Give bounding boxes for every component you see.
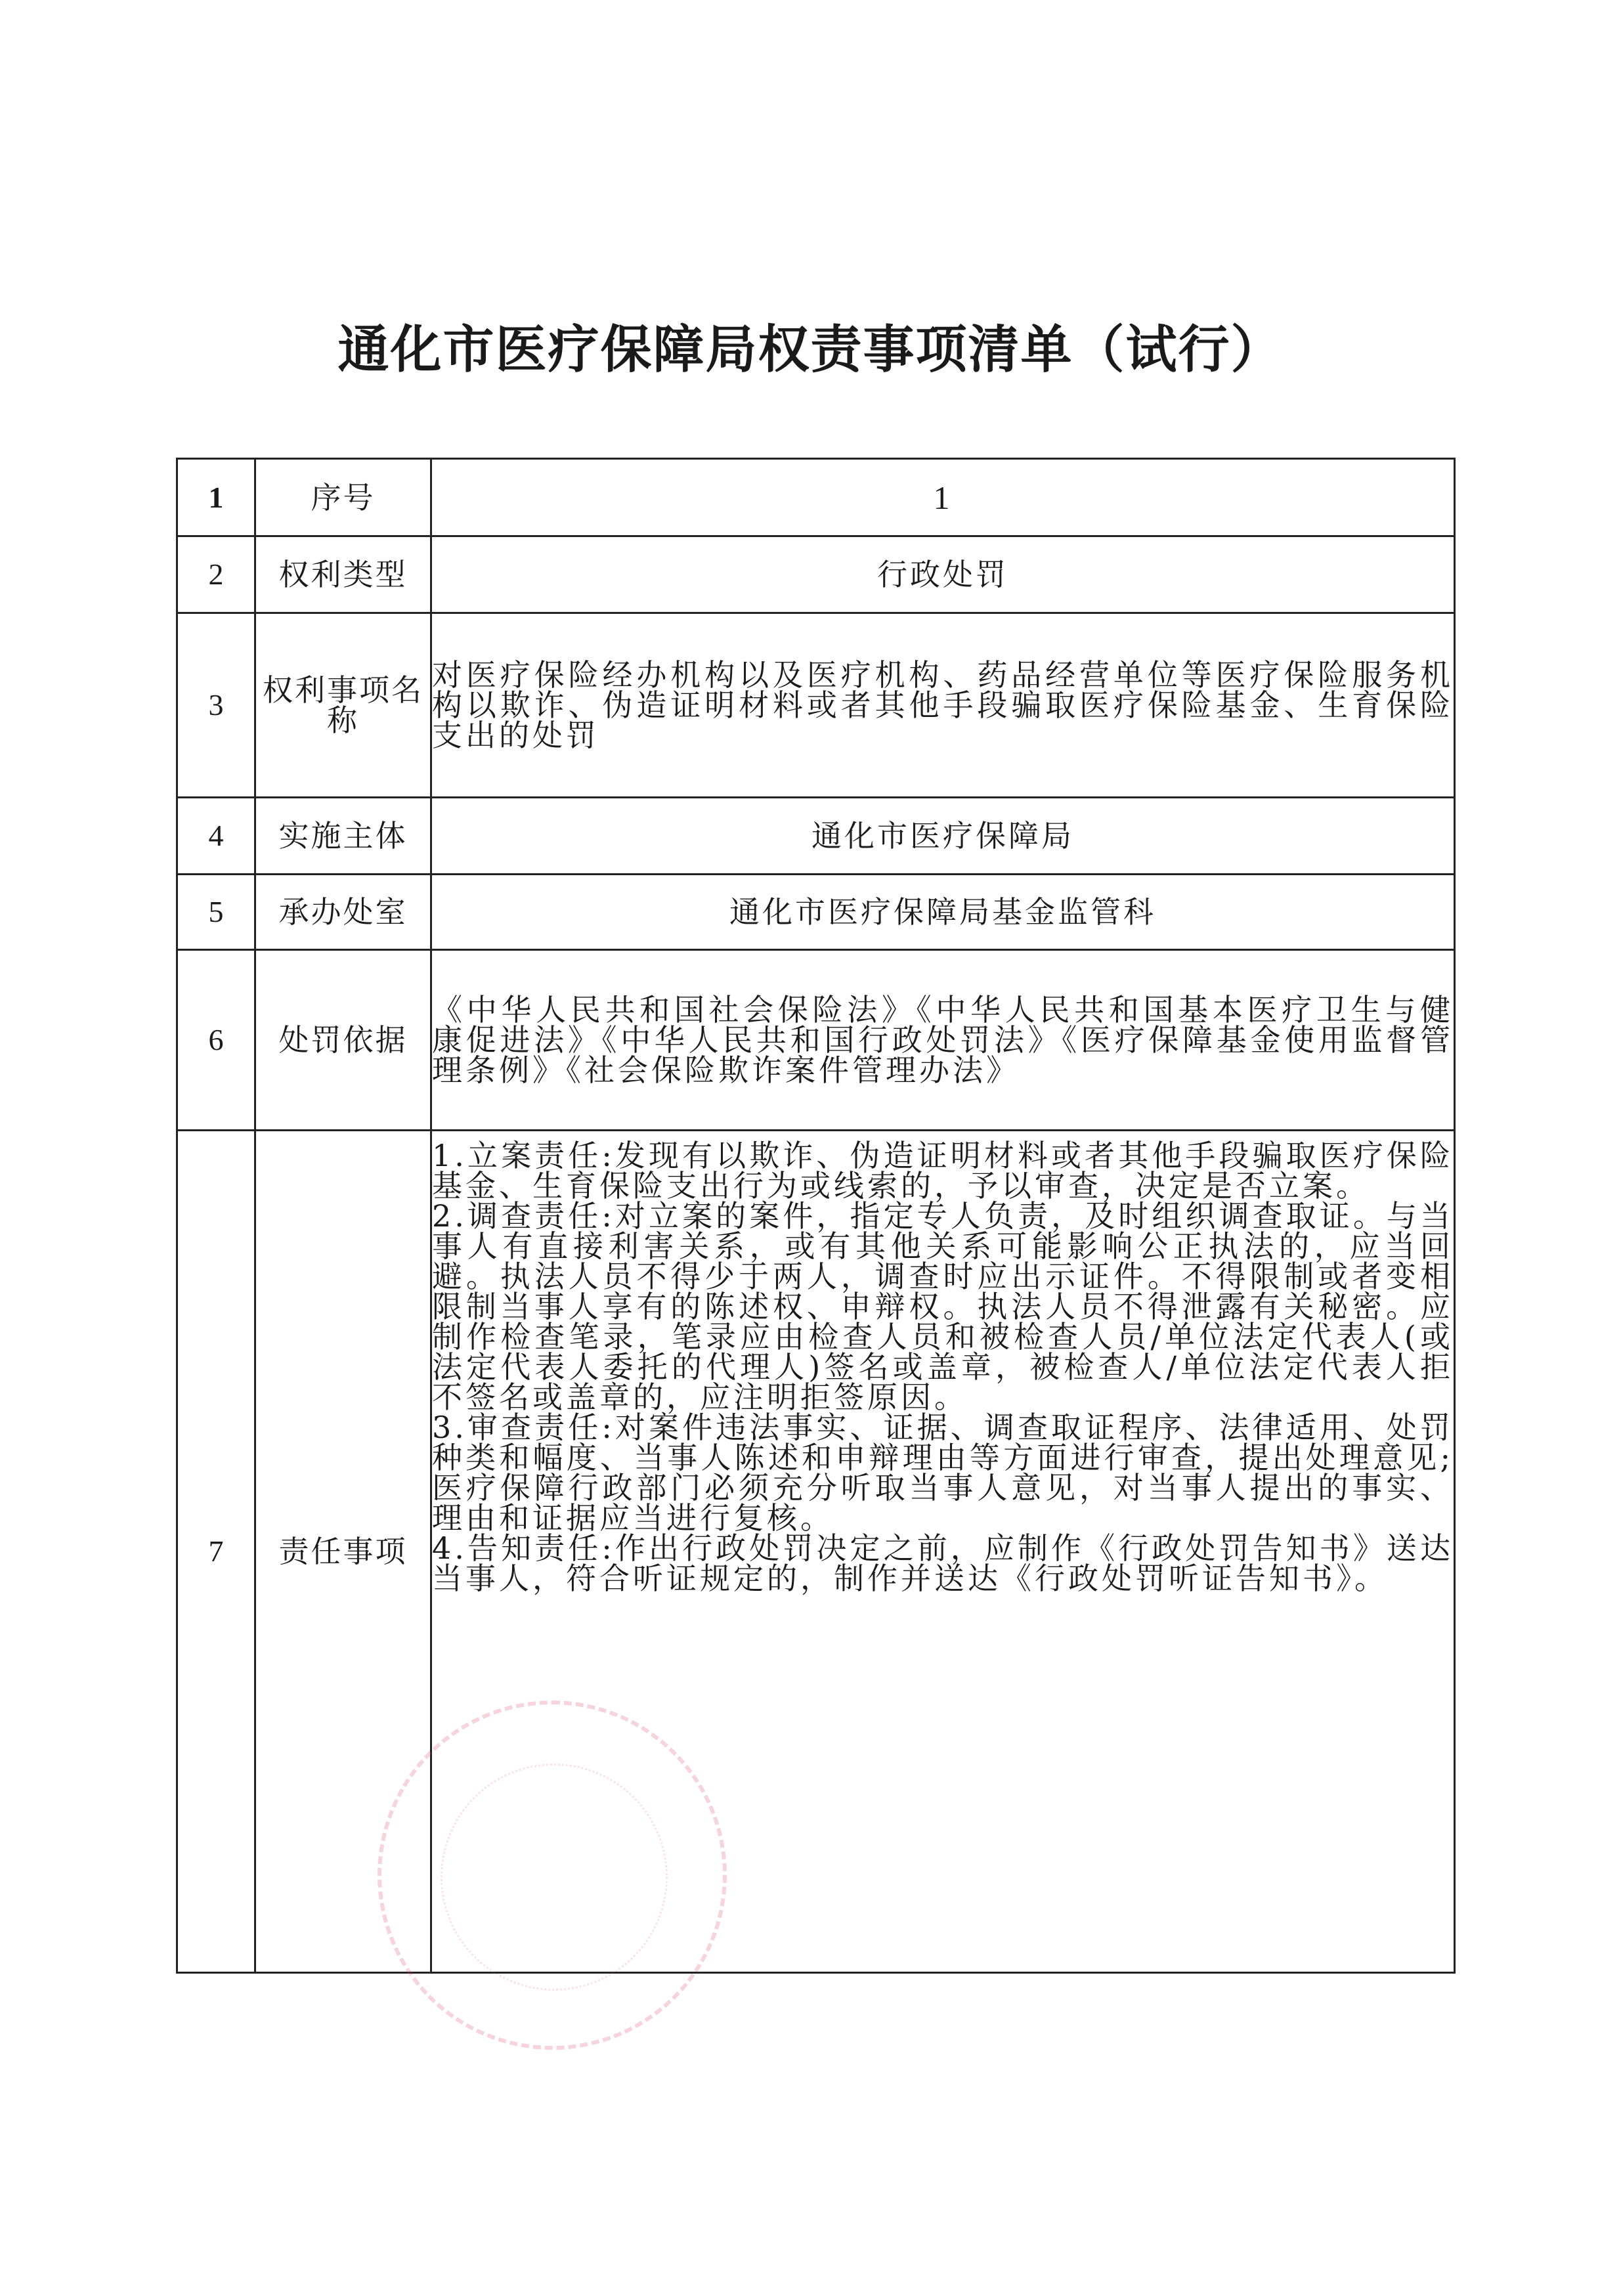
- row-label: 处罚依据: [255, 950, 431, 1131]
- row-number: 5: [177, 875, 255, 950]
- row-number: 7: [177, 1131, 255, 1973]
- responsibility-review: 3.审查责任:对案件违法事实、证据、调查取证程序、法律适用、处罚种类和幅度、当事…: [432, 1412, 1454, 1533]
- row-label: 权利类型: [255, 536, 431, 613]
- responsibility-filing: 1.立案责任:发现有以欺诈、伪造证明材料或者其他手段骗取医疗保险基金、生育保险支…: [432, 1140, 1454, 1201]
- document-title: 通化市医疗保障局权责事项清单（试行）: [0, 309, 1621, 382]
- row-value: 对医疗保险经办机构以及医疗机构、药品经营单位等医疗保险服务机构以欺诈、伪造证明材…: [431, 613, 1455, 798]
- row-number: 2: [177, 536, 255, 613]
- row-label: 承办处室: [255, 875, 431, 950]
- row-value: 1.立案责任:发现有以欺诈、伪造证明材料或者其他手段骗取医疗保险基金、生育保险支…: [431, 1131, 1455, 1973]
- row-value: 1: [431, 459, 1455, 536]
- row-number: 3: [177, 613, 255, 798]
- row-label: 权利事项名称: [255, 613, 431, 798]
- responsibility-notification: 4.告知责任:作出行政处罚决定之前，应制作《行政处罚告知书》送达当事人，符合听证…: [432, 1533, 1454, 1593]
- row-value: 《中华人民共和国社会保险法》《中华人民共和国基本医疗卫生与健康促进法》《中华人民…: [431, 950, 1455, 1131]
- table-row-serial: 1 序号 1: [177, 459, 1455, 536]
- row-value: 通化市医疗保障局: [431, 798, 1455, 875]
- table-row-responsibilities: 7 责任事项 1.立案责任:发现有以欺诈、伪造证明材料或者其他手段骗取医疗保险基…: [177, 1131, 1455, 1973]
- responsibility-investigation: 2.调查责任:对立案的案件，指定专人负责，及时组织调查取证。与当事人有直接利害关…: [432, 1201, 1454, 1412]
- table-row-power-name: 3 权利事项名称 对医疗保险经办机构以及医疗机构、药品经营单位等医疗保险服务机构…: [177, 613, 1455, 798]
- row-label: 实施主体: [255, 798, 431, 875]
- table-row-implementing-body: 4 实施主体 通化市医疗保障局: [177, 798, 1455, 875]
- row-number: 6: [177, 950, 255, 1131]
- row-label: 序号: [255, 459, 431, 536]
- table-row-power-type: 2 权利类型 行政处罚: [177, 536, 1455, 613]
- row-value: 通化市医疗保障局基金监管科: [431, 875, 1455, 950]
- table-row-handling-office: 5 承办处室 通化市医疗保障局基金监管科: [177, 875, 1455, 950]
- responsibility-list-table: 1 序号 1 2 权利类型 行政处罚 3 权利事项名称 对医疗保险经办机构以及医…: [176, 458, 1456, 1974]
- row-number: 1: [177, 459, 255, 536]
- row-label: 责任事项: [255, 1131, 431, 1973]
- row-number: 4: [177, 798, 255, 875]
- row-value: 行政处罚: [431, 536, 1455, 613]
- table-row-penalty-basis: 6 处罚依据 《中华人民共和国社会保险法》《中华人民共和国基本医疗卫生与健康促进…: [177, 950, 1455, 1131]
